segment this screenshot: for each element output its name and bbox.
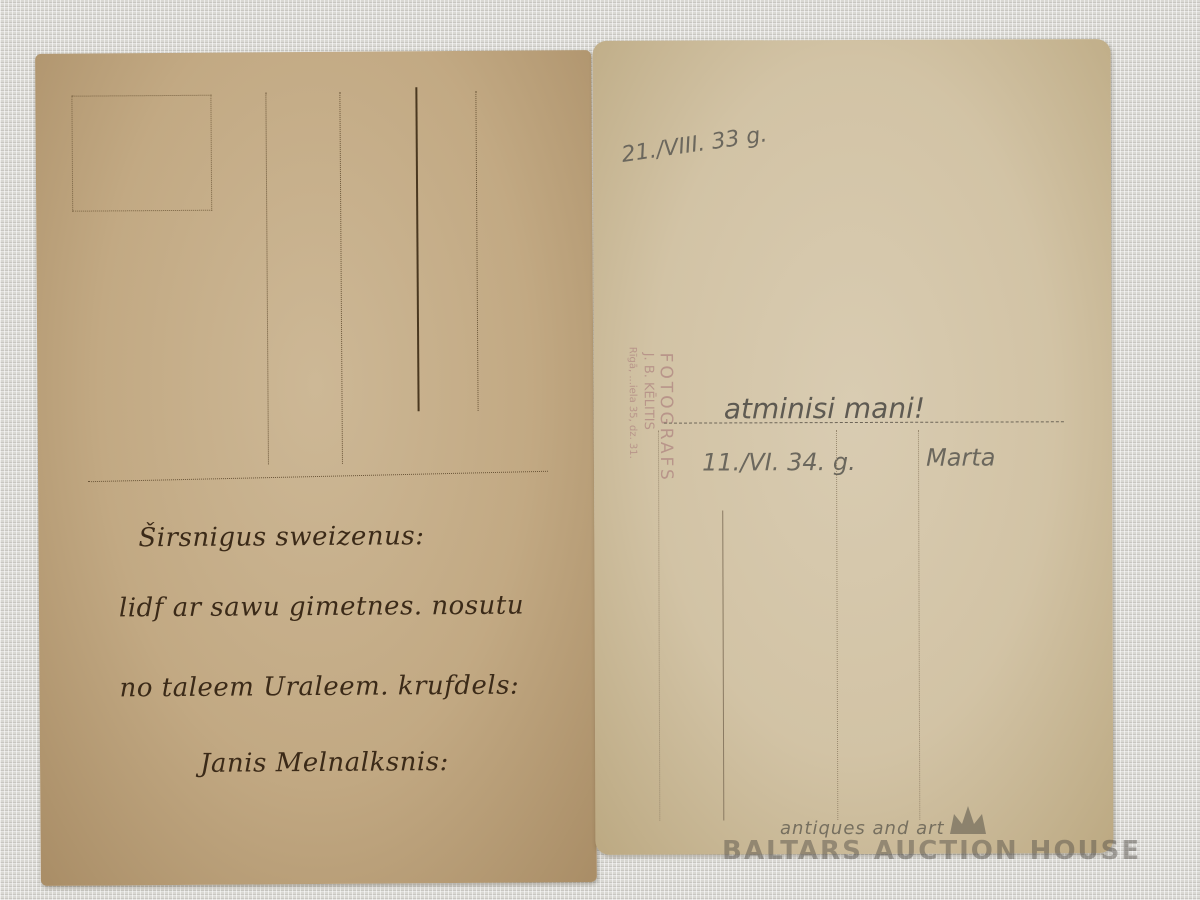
- address-line-2: [339, 92, 343, 464]
- pencil-message: atminisi mani!: [724, 392, 925, 426]
- address-line-1: [265, 92, 269, 464]
- center-divider: [415, 87, 419, 411]
- pencil-date: 11./VI. 34. g.: [702, 448, 856, 477]
- pencil-note-top: 21./VIII. 33 g.: [620, 122, 769, 168]
- center-divider: [722, 510, 724, 820]
- left-postcard: Širsnigus sweizenus: lidf ar sawu gimetn…: [35, 50, 597, 886]
- message-line-2: lidf ar sawu gimetnes. nosutu: [119, 591, 524, 624]
- address-line-3: [475, 91, 478, 411]
- signature: Janis Melnalksnis:: [200, 747, 449, 779]
- message-line-1: Širsnigus sweizenus:: [138, 521, 424, 553]
- address-line-2: [836, 430, 838, 820]
- imprint-name: J. B. KĒLITIS: [641, 353, 656, 430]
- stamp-box: [71, 95, 212, 212]
- address-line-1: [658, 431, 660, 821]
- horizontal-divider: [88, 471, 548, 482]
- crown-icon: [948, 804, 988, 838]
- right-postcard: 21./VIII. 33 g. FOTOGRAFS J. B. KĒLITIS …: [593, 39, 1114, 855]
- pencil-signature: Marta: [926, 444, 996, 472]
- address-line-3: [918, 430, 920, 820]
- watermark-brand: BALTARS AUCTION HOUSE: [722, 836, 1141, 866]
- message-line-3: no taleem Uraleem. krufdels:: [119, 671, 519, 704]
- imprint-address: Rīgā, ...iela 35, dz. 31.: [627, 347, 638, 459]
